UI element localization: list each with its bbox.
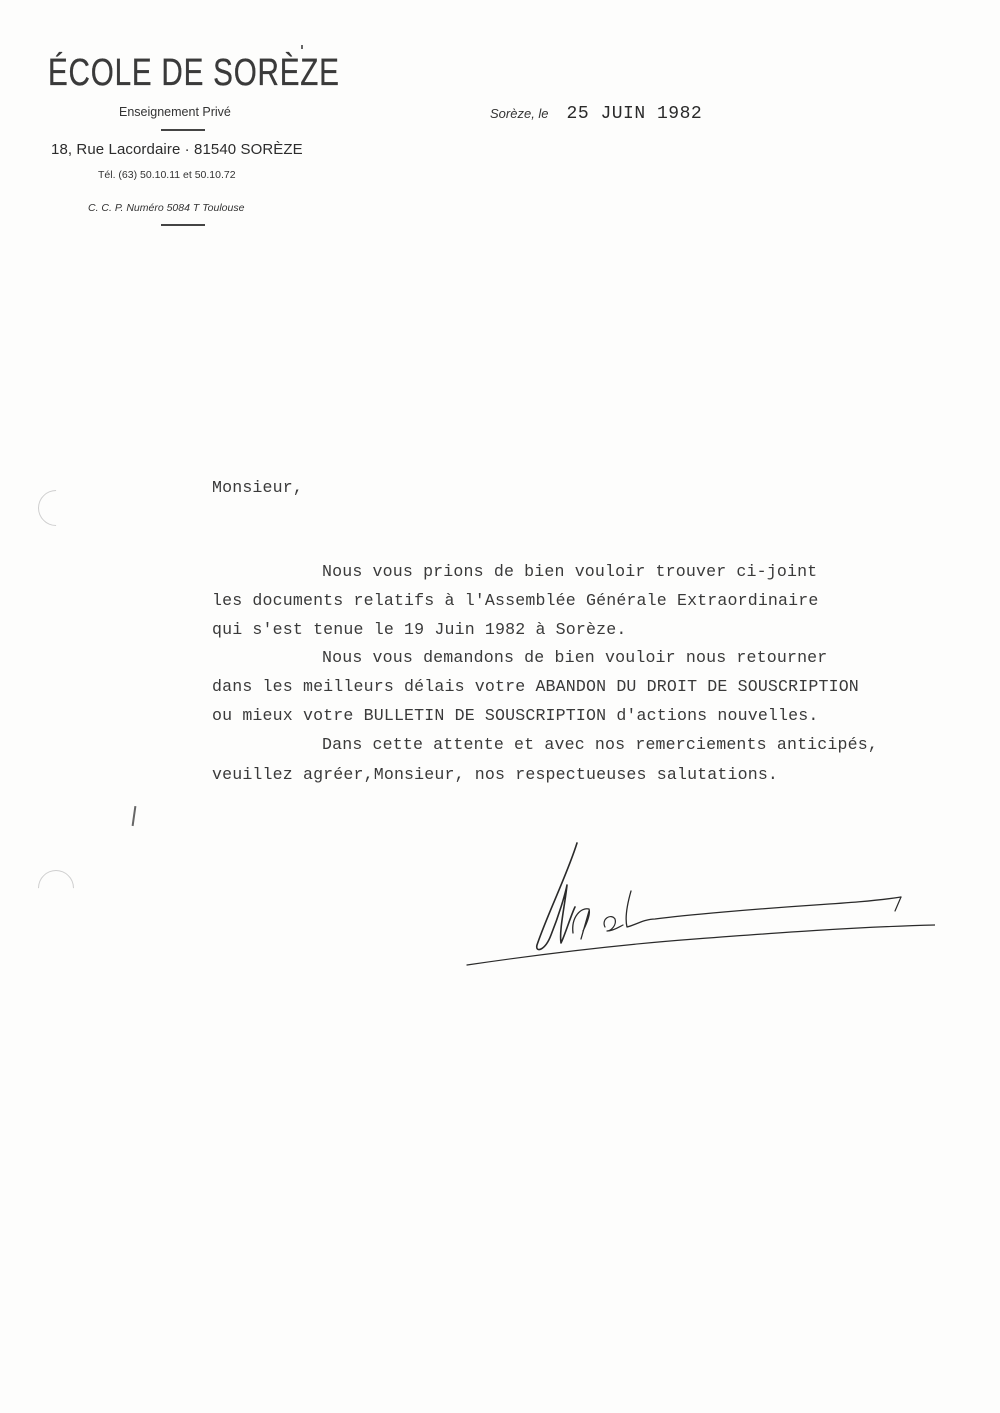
punch-hole-mark — [31, 863, 82, 914]
school-ccp: C. C. P. Numéro 5084 T Toulouse — [88, 202, 244, 214]
body-line: qui s'est tenue le 19 Juin 1982 à Sorèze… — [212, 620, 626, 639]
date-place: Sorèze, le — [490, 106, 549, 121]
body-line: Dans cette attente et avec nos remerciem… — [322, 735, 878, 754]
body-line: Nous vous prions de bien vouloir trouver… — [322, 562, 817, 581]
scan-mark — [301, 45, 303, 49]
punch-hole-mark — [31, 483, 82, 534]
body-line: veuillez agréer,Monsieur, nos respectueu… — [212, 765, 778, 784]
body-line: les documents relatifs à l'Assemblée Gén… — [212, 591, 818, 610]
divider — [161, 129, 205, 131]
school-phone: Tél. (63) 50.10.11 et 50.10.72 — [98, 169, 236, 181]
school-address: 18, Rue Lacordaire · 81540 SORÈZE — [51, 141, 303, 158]
body-line: Nous vous demandons de bien vouloir nous… — [322, 648, 827, 667]
signature-icon — [455, 835, 935, 975]
school-subtitle: Enseignement Privé — [119, 105, 231, 119]
salutation: Monsieur, — [212, 478, 303, 497]
school-name: ÉCOLE DE SORÈZE — [48, 52, 337, 95]
divider — [161, 224, 205, 226]
letter-date: 25 JUIN 1982 — [567, 104, 703, 124]
body-line: dans les meilleurs délais votre ABANDON … — [212, 677, 859, 696]
body-line: ou mieux votre BULLETIN DE SOUSCRIPTION … — [212, 706, 818, 725]
scan-mark — [132, 806, 136, 826]
dateline: Sorèze, le 25 JUIN 1982 — [490, 104, 702, 124]
